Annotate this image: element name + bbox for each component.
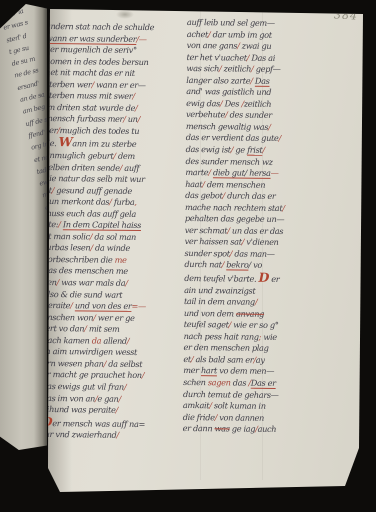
column-left: andern stat nach de schuldewann er was s… [42,21,186,442]
manuscript-line: er dann was ge iag/auch [183,423,355,436]
faint-smudge [116,10,134,19]
manuscript-page: 384 andern stat nach de schuldewann er w… [0,0,376,512]
previous-page-text-fragments: Fach' laer was ssterl' dt ge sude su mne… [0,4,47,442]
column-right: auff leib und sel gem—achet/ dar umb im … [183,17,359,436]
manuscript-line: de. Wann im zu sterbe [45,136,185,151]
manuscript-line: nihund was peraite/ [42,404,182,417]
manuscript-line: Der mensch was auff na= [42,416,182,431]
manuscript-line: tur vnd zwaierhand/ [42,429,182,442]
manuscript-photo: Fach' laer was ssterl' dt ge sude su mne… [0,0,376,512]
previous-page-edge: Fach' laer was ssterl' dt ge sude su mne… [0,4,47,450]
